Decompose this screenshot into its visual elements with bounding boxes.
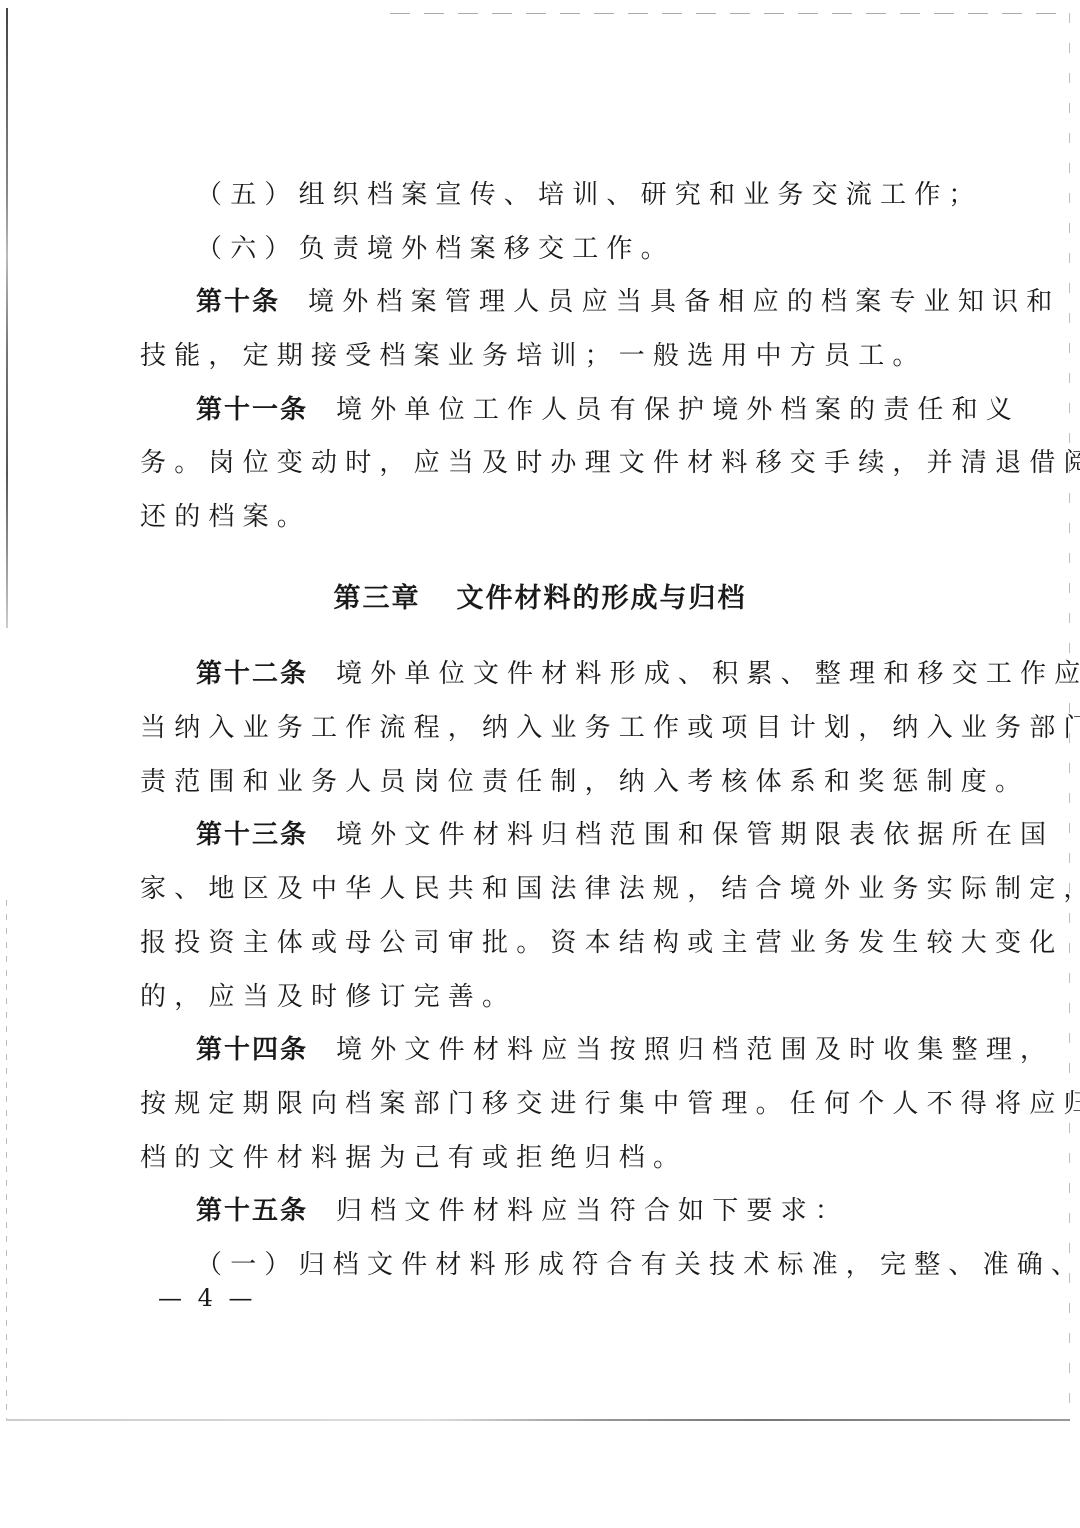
text-line: 按规定期限向档案部门移交进行集中管理。任何个人不得将应归: [140, 1087, 945, 1121]
scan-edge-bottom: [6, 1419, 1070, 1421]
article-number: 第十一条: [196, 395, 308, 425]
article-number: 第十四条: [196, 1035, 308, 1065]
page-number: — 4 —: [158, 1284, 257, 1312]
text-line: 档的文件材料据为己有或拒绝归档。: [140, 1141, 945, 1175]
line-text: 报投资主体或母公司审批。资本结构或主营业务发生较大变化: [140, 928, 1063, 958]
article-line: 第十一条境外单位工作人员有保护境外档案的责任和义: [196, 393, 946, 427]
text-line: （一）归档文件材料形成符合有关技术标准，完整、准确、系: [196, 1248, 946, 1282]
scan-edge-top: [390, 13, 1070, 14]
article-line: 第十三条境外文件材料归档范围和保管期限表依据所在国: [196, 818, 946, 852]
line-text: 还的档案。: [140, 502, 311, 532]
scan-edge-left-faint: [6, 900, 7, 1420]
article-number: 第十五条: [196, 1196, 308, 1226]
line-text: 按规定期限向档案部门移交进行集中管理。任何个人不得将应归: [140, 1089, 1080, 1119]
line-text: 境外文件材料应当按照归档范围及时收集整理，: [336, 1035, 1054, 1065]
article-number: 第十条: [196, 287, 280, 317]
article-number: 第十二条: [196, 659, 308, 689]
article-line: 第十五条归档文件材料应当符合如下要求：: [196, 1194, 946, 1228]
text-line: （五）组织档案宣传、培训、研究和业务交流工作；: [196, 178, 946, 212]
text-line: 的，应当及时修订完善。: [140, 980, 945, 1014]
chapter-heading: 第三章文件材料的形成与归档: [0, 576, 1080, 615]
line-text: 技能，定期接受档案业务培训；一般选用中方员工。: [140, 341, 927, 371]
line-text: 归档文件材料应当符合如下要求：: [336, 1196, 849, 1226]
line-text: （五）组织档案宣传、培训、研究和业务交流工作；: [196, 180, 983, 210]
line-text: 境外文件材料归档范围和保管期限表依据所在国: [336, 820, 1054, 850]
line-text: 境外单位文件材料形成、积累、整理和移交工作应: [336, 659, 1080, 689]
text-line: 当纳入业务工作流程，纳入业务工作或项目计划，纳入业务部门职: [140, 711, 945, 745]
line-text: 境外档案管理人员应当具备相应的档案专业知识和: [308, 287, 1060, 317]
text-line: 还的档案。: [140, 500, 945, 534]
chapter-number: 第三章: [334, 583, 421, 614]
scanned-document-page: （五）组织档案宣传、培训、研究和业务交流工作；（六）负责境外档案移交工作。第十条…: [0, 0, 1080, 1528]
line-text: 档的文件材料据为己有或拒绝归档。: [140, 1143, 687, 1173]
article-line: 第十条境外档案管理人员应当具备相应的档案专业知识和: [196, 285, 946, 319]
line-text: 的，应当及时修订完善。: [140, 982, 516, 1012]
line-text: 境外单位工作人员有保护境外档案的责任和义: [336, 395, 1020, 425]
line-text: （六）负责境外档案移交工作。: [196, 234, 675, 264]
article-line: 第十四条境外文件材料应当按照归档范围及时收集整理，: [196, 1033, 946, 1067]
line-text: 责范围和业务人员岗位责任制，纳入考核体系和奖惩制度。: [140, 767, 1029, 797]
scan-edge-left: [6, 8, 8, 628]
line-text: 当纳入业务工作流程，纳入业务工作或项目计划，纳入业务部门职: [140, 713, 1080, 743]
text-line: 务。岗位变动时，应当及时办理文件材料移交手续，并清退借阅未: [140, 446, 945, 480]
line-text: 务。岗位变动时，应当及时办理文件材料移交手续，并清退借阅未: [140, 448, 1080, 478]
line-text: （一）归档文件材料形成符合有关技术标准，完整、准确、系: [196, 1250, 1080, 1280]
chapter-title: 文件材料的形成与归档: [457, 583, 747, 614]
text-line: （六）负责境外档案移交工作。: [196, 232, 946, 266]
line-text: 家、地区及中华人民共和国法律法规，结合境外业务实际制定，并: [140, 874, 1080, 904]
article-number: 第十三条: [196, 820, 308, 850]
text-line: 报投资主体或母公司审批。资本结构或主营业务发生较大变化: [140, 926, 945, 960]
article-line: 第十二条境外单位文件材料形成、积累、整理和移交工作应: [196, 657, 946, 691]
text-line: 技能，定期接受档案业务培训；一般选用中方员工。: [140, 339, 945, 373]
text-line: 家、地区及中华人民共和国法律法规，结合境外业务实际制定，并: [140, 872, 945, 906]
text-line: 责范围和业务人员岗位责任制，纳入考核体系和奖惩制度。: [140, 765, 945, 799]
